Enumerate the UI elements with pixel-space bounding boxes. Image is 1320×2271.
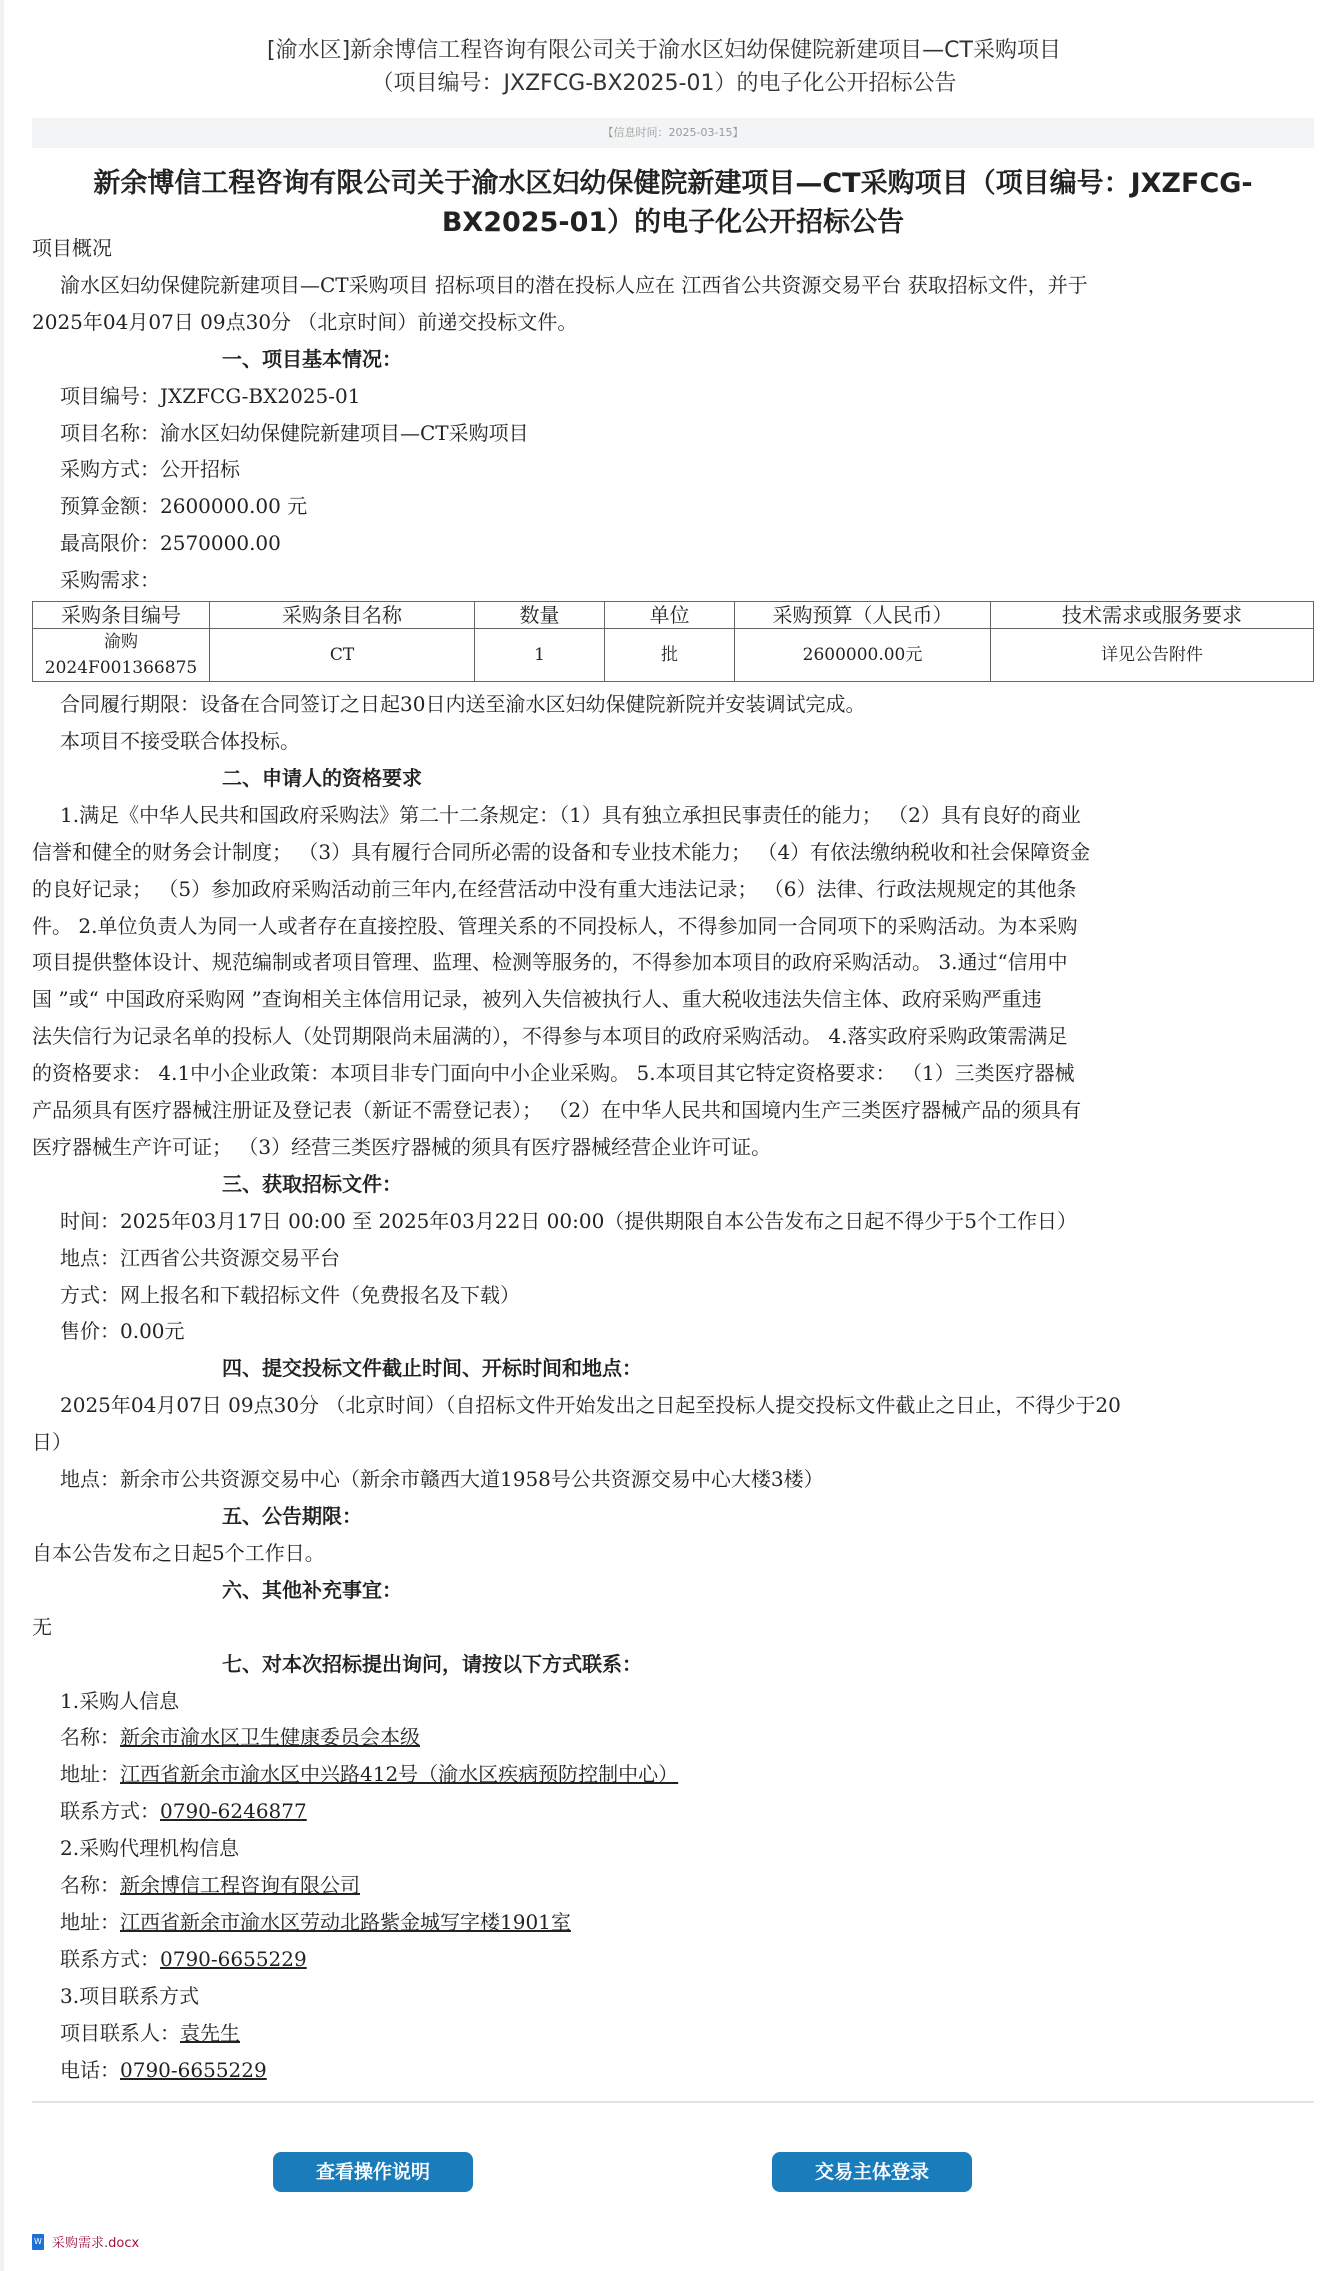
agency-title: 2.采购代理机构信息 <box>32 1830 1314 1867</box>
cell-quantity: 1 <box>475 629 605 682</box>
header-title-line1: [渝水区]新余博信工程咨询有限公司关于渝水区妇幼保健院新建项目—CT采购项目 <box>4 34 1320 67</box>
overview-label: 项目概况 <box>32 230 1314 267</box>
purchaser-phone-link[interactable]: 0790-6246877 <box>160 1799 307 1823</box>
col-item-name: 采购条目名称 <box>210 602 475 629</box>
doc-time: 时间：2025年03月17日 00:00 至 2025年03月22日 00:00… <box>32 1203 1314 1240</box>
project-number: 项目编号：JXZFCG-BX2025-01 <box>32 378 1314 415</box>
qualification-line: 法失信行为记录名单的投标人（处罚期限尚未届满的），不得参与本项目的政府采购活动。… <box>32 1018 1314 1055</box>
qualification-line: 件。 2.单位负责人为同一人或者存在直接控股、管理关系的不同投标人，不得参加同一… <box>32 908 1314 945</box>
qualification-line: 1.满足《中华人民共和国政府采购法》第二十二条规定：（1）具有独立承担民事责任的… <box>32 797 1314 834</box>
section1-heading: 一、项目基本情况： <box>32 341 1314 378</box>
doc-method: 方式：网上报名和下载招标文件（免费报名及下载） <box>32 1277 1314 1314</box>
qualification-line: 项目提供整体设计、规范编制或者项目管理、监理、检测等服务的，不得参加本项目的政府… <box>32 944 1314 981</box>
project-phone-link[interactable]: 0790-6655229 <box>120 2058 267 2082</box>
procurement-method: 采购方式：公开招标 <box>32 451 1314 488</box>
project-phone-row: 电话：0790-6655229 <box>32 2052 1314 2089</box>
info-time-bar: 【信息时间：2025-03-15】 <box>32 118 1314 148</box>
section3-heading: 三、获取招标文件： <box>32 1166 1314 1203</box>
divider <box>32 2101 1314 2103</box>
main-title-line1: 新余博信工程咨询有限公司关于渝水区妇幼保健院新建项目—CT采购项目（项目编号：J… <box>32 164 1314 203</box>
section2-heading: 二、申请人的资格要求 <box>32 760 1314 797</box>
purchaser-addr-link[interactable]: 江西省新余市渝水区中兴路412号（渝水区疾病预防控制中心） <box>120 1762 678 1786</box>
header-title-line2: （项目编号：JXZFCG-BX2025-01）的电子化公开招标公告 <box>4 67 1320 100</box>
doc-location: 地点：江西省公共资源交易平台 <box>32 1240 1314 1277</box>
announcement-body: 项目概况 渝水区妇幼保健院新建项目—CT采购项目 招标项目的潜在投标人应在 江西… <box>32 230 1314 2089</box>
qualification-line: 医疗器械生产许可证； （3）经营三类医疗器械的须具有医疗器械经营企业许可证。 <box>32 1129 1314 1166</box>
qualification-line: 的资格要求： 4.1中小企业政策：本项目非专门面向中小企业采购。 5.本项目其它… <box>32 1055 1314 1092</box>
procurement-table: 采购条目编号 采购条目名称 数量 单位 采购预算（人民币） 技术需求或服务要求 … <box>32 601 1314 682</box>
label: 名称： <box>60 1873 120 1897</box>
label: 联系方式： <box>60 1947 160 1971</box>
deadline-line2: 日） <box>32 1424 1314 1461</box>
procurement-needs-label: 采购需求： <box>32 562 1314 599</box>
project-contact-row: 项目联系人：袁先生 <box>32 2015 1314 2052</box>
bid-location: 地点：新余市公共资源交易中心（新余市赣西大道1958号公共资源交易中心大楼3楼） <box>32 1461 1314 1498</box>
view-guide-button[interactable]: 查看操作说明 <box>273 2152 473 2192</box>
section4-heading: 四、提交投标文件截止时间、开标时间和地点： <box>32 1350 1314 1387</box>
purchaser-addr-row: 地址：江西省新余市渝水区中兴路412号（渝水区疾病预防控制中心） <box>32 1756 1314 1793</box>
cell-requirements: 详见公告附件 <box>991 629 1314 682</box>
word-doc-icon: W <box>32 2234 44 2250</box>
col-unit: 单位 <box>605 602 735 629</box>
table-header-row: 采购条目编号 采购条目名称 数量 单位 采购预算（人民币） 技术需求或服务要求 <box>33 602 1314 629</box>
col-budget: 采购预算（人民币） <box>735 602 991 629</box>
project-name: 项目名称：渝水区妇幼保健院新建项目—CT采购项目 <box>32 415 1314 452</box>
qualification-line: 产品须具有医疗器械注册证及登记表（新证不需登记表）； （2）在中华人民共和国境内… <box>32 1092 1314 1129</box>
agency-contact-row: 联系方式：0790-6655229 <box>32 1941 1314 1978</box>
budget-amount: 预算金额：2600000.00 元 <box>32 488 1314 525</box>
page-header-title: [渝水区]新余博信工程咨询有限公司关于渝水区妇幼保健院新建项目—CT采购项目 （… <box>4 34 1320 100</box>
purchaser-name-link[interactable]: 新余市渝水区卫生健康委员会本级 <box>120 1725 420 1749</box>
agency-name-row: 名称：新余博信工程咨询有限公司 <box>32 1867 1314 1904</box>
label: 名称： <box>60 1725 120 1749</box>
col-item-number: 采购条目编号 <box>33 602 210 629</box>
label: 地址： <box>60 1910 120 1934</box>
cell-item-number: 渝购2024F001366875 <box>33 629 210 682</box>
label: 项目联系人： <box>60 2021 180 2045</box>
attachment-link[interactable]: W 采购需求.docx <box>32 2232 139 2251</box>
agency-phone-link[interactable]: 0790-6655229 <box>160 1947 307 1971</box>
label: 地址： <box>60 1762 120 1786</box>
qualification-line: 的良好记录； （5）参加政府采购活动前三年内,在经营活动中没有重大违法记录； （… <box>32 871 1314 908</box>
purchaser-title: 1.采购人信息 <box>32 1683 1314 1720</box>
qualification-line: 国 ”或“ 中国政府采购网 ”查询相关主体信用记录，被列入失信被执行人、重大税收… <box>32 981 1314 1018</box>
project-contact-link[interactable]: 袁先生 <box>180 2021 240 2045</box>
other-matters: 无 <box>32 1609 1314 1646</box>
notice-period: 自本公告发布之日起5个工作日。 <box>32 1535 1314 1572</box>
attachment-name[interactable]: 采购需求.docx <box>52 2232 139 2251</box>
qualification-line: 信誉和健全的财务会计制度； （3）具有履行合同所必需的设备和专业技术能力； （4… <box>32 834 1314 871</box>
max-price: 最高限价：2570000.00 <box>32 525 1314 562</box>
cell-budget: 2600000.00元 <box>735 629 991 682</box>
announcement-page: [渝水区]新余博信工程咨询有限公司关于渝水区妇幼保健院新建项目—CT采购项目 （… <box>0 0 1320 2271</box>
doc-price: 售价：0.00元 <box>32 1313 1314 1350</box>
purchaser-contact-row: 联系方式：0790-6246877 <box>32 1793 1314 1830</box>
col-requirements: 技术需求或服务要求 <box>991 602 1314 629</box>
contract-period: 合同履行期限：设备在合同签订之日起30日内送至渝水区妇幼保健院新院并安装调试完成… <box>32 686 1314 723</box>
no-consortium: 本项目不接受联合体投标。 <box>32 723 1314 760</box>
cell-item-name: CT <box>210 629 475 682</box>
purchaser-name-row: 名称：新余市渝水区卫生健康委员会本级 <box>32 1719 1314 1756</box>
section6-heading: 六、其他补充事宜： <box>32 1572 1314 1609</box>
project-contact-title: 3.项目联系方式 <box>32 1978 1314 2015</box>
cell-unit: 批 <box>605 629 735 682</box>
section7-heading: 七、对本次招标提出询问，请按以下方式联系： <box>32 1646 1314 1683</box>
section5-heading: 五、公告期限： <box>32 1498 1314 1535</box>
deadline-line1: 2025年04月07日 09点30分 （北京时间）（自招标文件开始发出之日起至投… <box>32 1387 1314 1424</box>
col-quantity: 数量 <box>475 602 605 629</box>
agency-addr-link[interactable]: 江西省新余市渝水区劳动北路紫金城写字楼1901室 <box>120 1910 571 1934</box>
label: 联系方式： <box>60 1799 160 1823</box>
agency-addr-row: 地址：江西省新余市渝水区劳动北路紫金城写字楼1901室 <box>32 1904 1314 1941</box>
label: 电话： <box>60 2058 120 2082</box>
entity-login-button[interactable]: 交易主体登录 <box>772 2152 972 2192</box>
overview-para-line2: 2025年04月07日 09点30分 （北京时间）前递交投标文件。 <box>32 304 1314 341</box>
table-row: 渝购2024F001366875 CT 1 批 2600000.00元 详见公告… <box>33 629 1314 682</box>
overview-para-line1: 渝水区妇幼保健院新建项目—CT采购项目 招标项目的潜在投标人应在 江西省公共资源… <box>32 267 1314 304</box>
agency-name-link[interactable]: 新余博信工程咨询有限公司 <box>120 1873 360 1897</box>
